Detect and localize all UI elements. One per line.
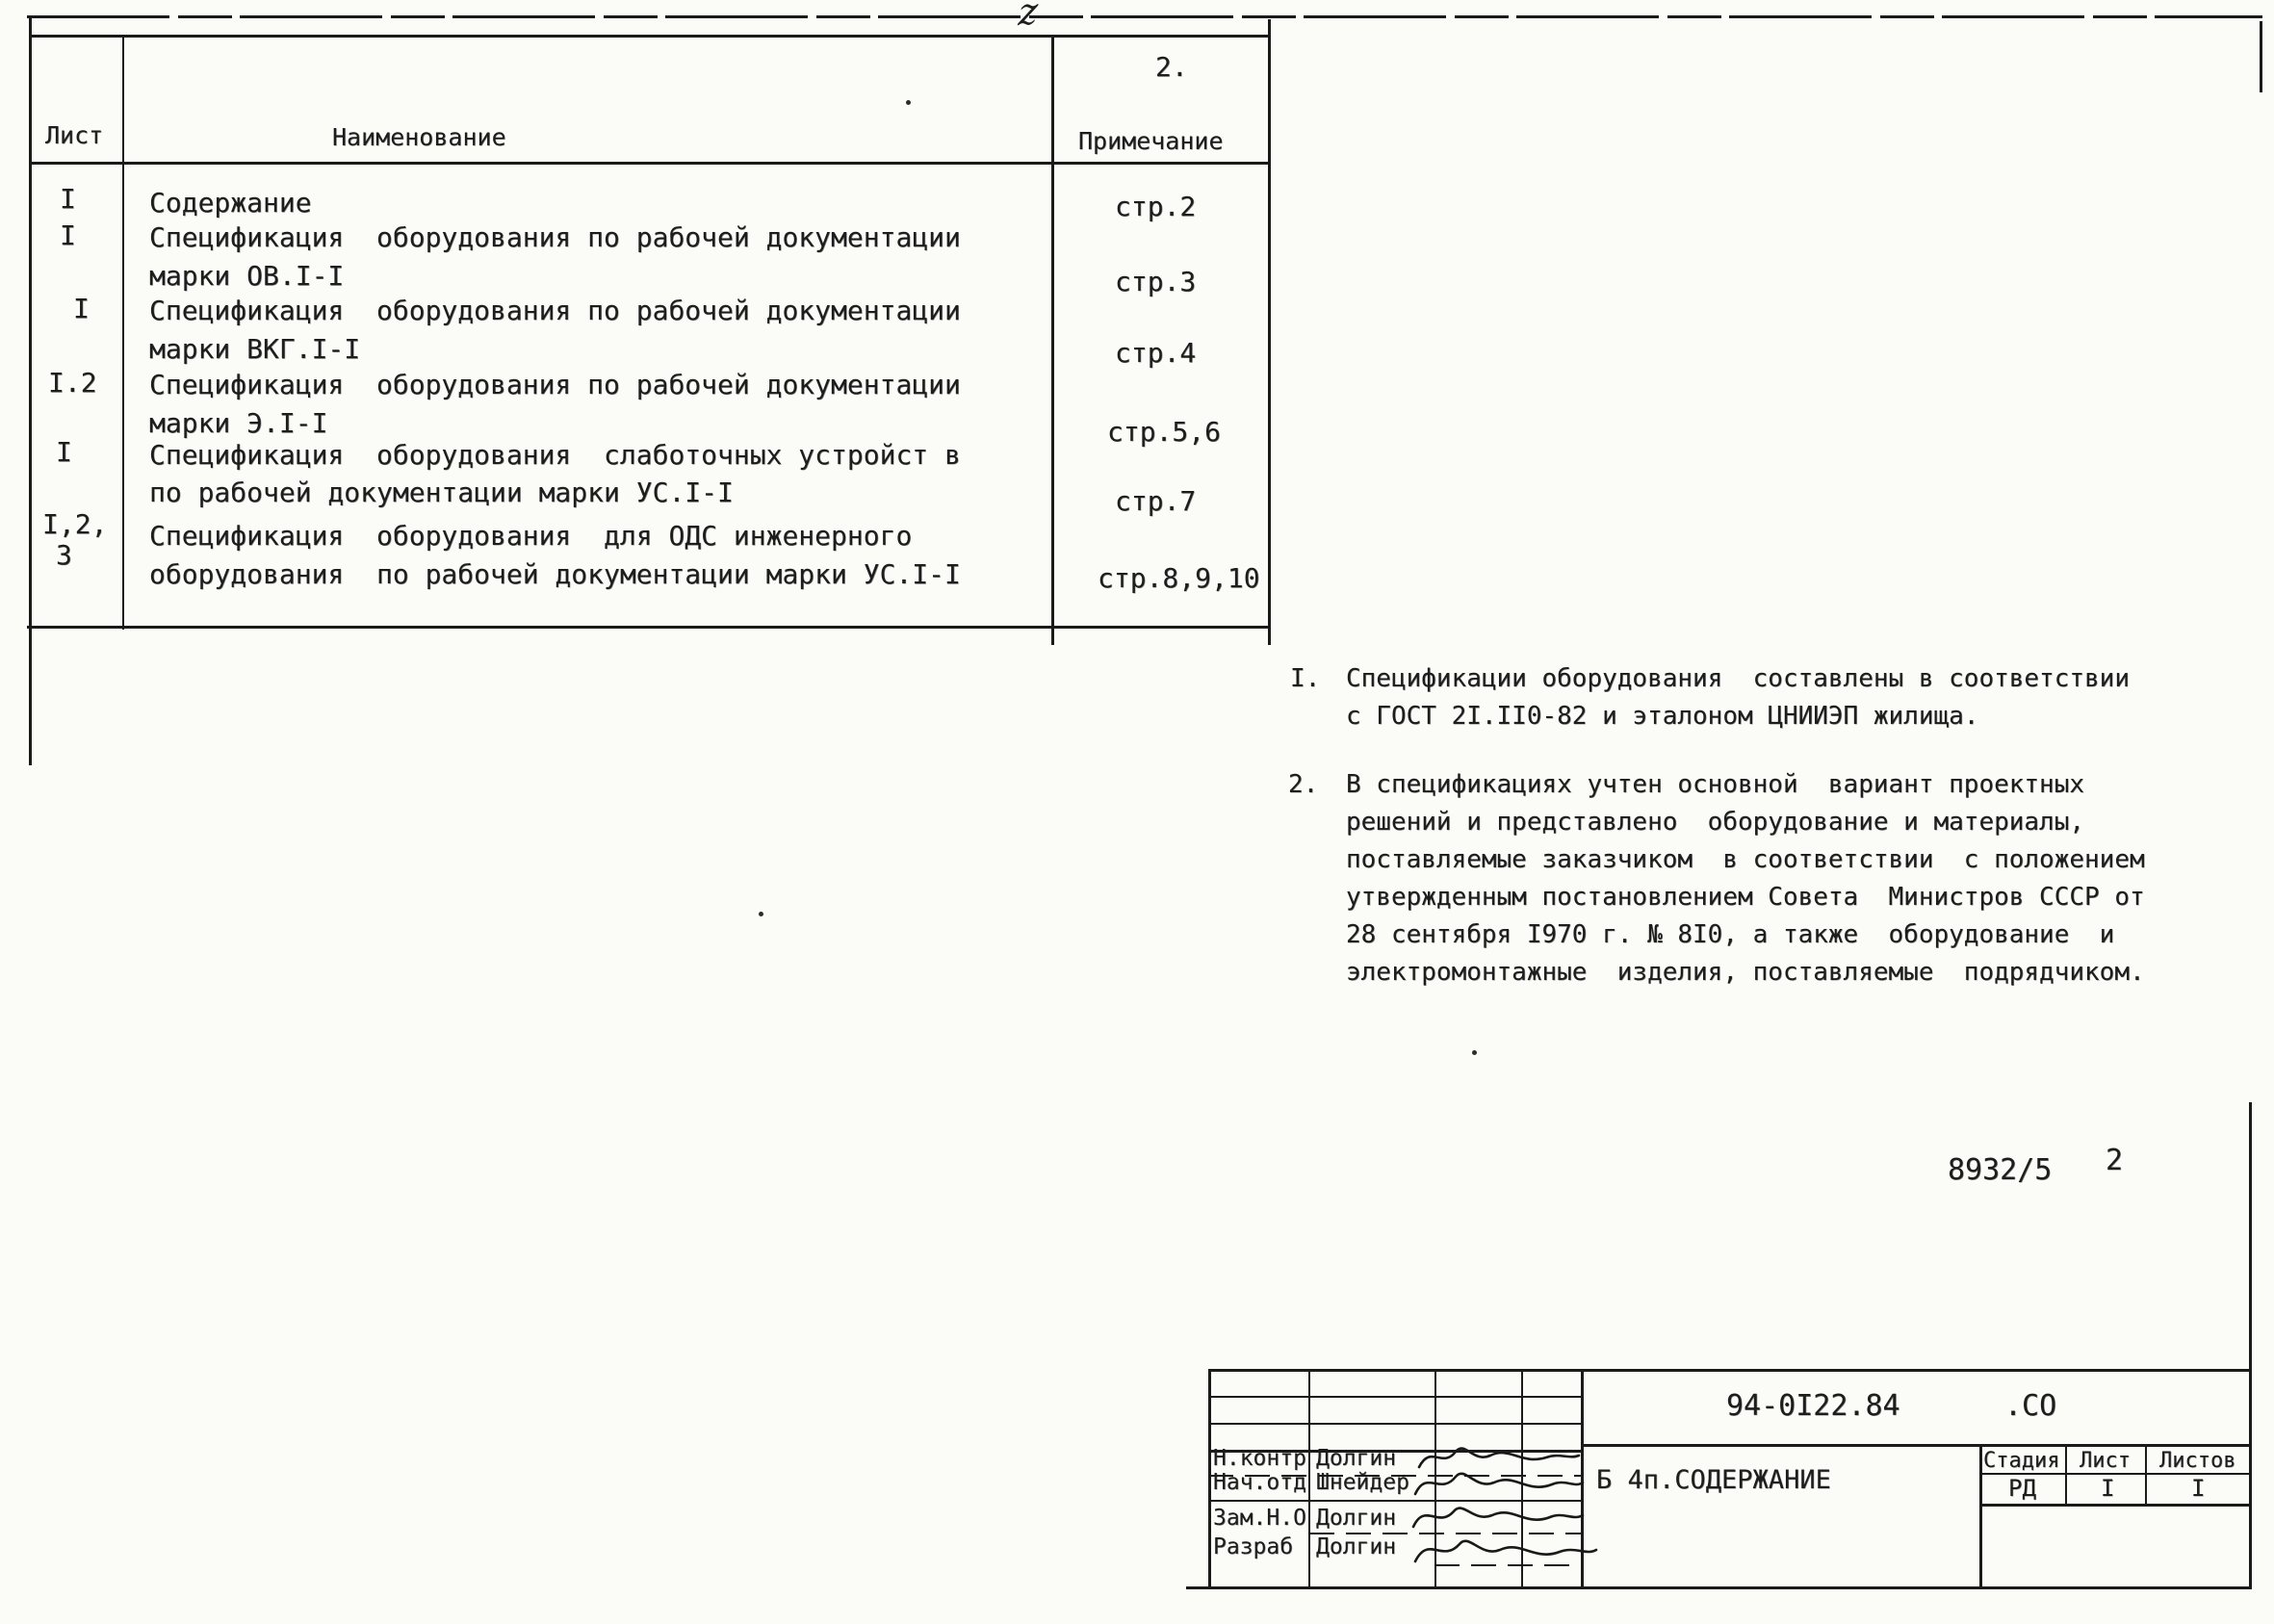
toc-row-sheet: I.2 <box>48 369 97 397</box>
page-right-border-bottom <box>2249 1102 2252 1588</box>
sheet-number-top: 2. <box>1155 53 1188 81</box>
stamp-border-left <box>1208 1369 1211 1589</box>
toc-row-name: Спецификация оборудования по рабочей док… <box>149 296 961 324</box>
toc-row-sheet: 3 <box>56 541 72 569</box>
signature-icon <box>1408 1525 1600 1575</box>
stamp-name: Шнейдер <box>1316 1471 1409 1494</box>
toc-row-sheet: I,2, <box>42 510 107 538</box>
scanned-document-page: z 2. Лист Наименование Примечание I Соде… <box>0 0 2274 1624</box>
handwritten-mark: z <box>1017 0 1039 34</box>
note-line: электромонтажные изделия, поставляемые п… <box>1346 960 2145 986</box>
toc-row-note: стр.8,9,10 <box>1098 564 1260 592</box>
toc-border-top <box>29 35 1271 38</box>
note-line: Спецификации оборудования составлены в с… <box>1346 666 2130 692</box>
toc-row-sheet: I <box>56 438 72 466</box>
stamp-role: Разраб <box>1213 1535 1293 1559</box>
scan-speck <box>906 100 911 105</box>
note-line: поставляемые заказчиком в соответствии с… <box>1346 847 2145 873</box>
toc-header-note: Примечание <box>1078 129 1224 154</box>
page-left-border <box>29 15 32 765</box>
toc-row-name: Спецификация оборудования по рабочей док… <box>149 223 961 251</box>
stamp-sheet-value: I <box>2101 1477 2114 1501</box>
toc-row-name: оборудования по рабочей документации мар… <box>149 560 961 588</box>
stamp-stage-value: РД <box>2008 1477 2036 1501</box>
stamp-role: Зам.Н.О <box>1213 1507 1306 1530</box>
page-number-bottom: 2 <box>2106 1146 2123 1176</box>
note-number: I. <box>1290 666 1320 692</box>
toc-row-name: марки Э.I-I <box>149 409 327 437</box>
stamp-stage-line <box>1979 1504 2250 1507</box>
stamp-row-line <box>1208 1423 1581 1425</box>
toc-border-right <box>1268 19 1271 645</box>
stamp-role: Нач.отд <box>1213 1471 1306 1494</box>
page-right-border-top <box>2260 21 2262 92</box>
toc-row-note: стр.5,6 <box>1107 418 1221 446</box>
stamp-border-bottom <box>1186 1586 2252 1589</box>
stamp-name: Долгин <box>1316 1507 1396 1530</box>
toc-border-bottom <box>27 626 1271 629</box>
toc-row-name: Спецификация оборудования слаботочных ус… <box>149 441 961 469</box>
page-top-border <box>27 15 2262 18</box>
toc-col-divider-note <box>1051 35 1054 645</box>
note-line: с ГОСТ 2I.II0-82 и эталоном ЦНИИЭП жилищ… <box>1346 704 1978 730</box>
stamp-row-line <box>1208 1396 1581 1398</box>
toc-row-name: Спецификация оборудования по рабочей док… <box>149 371 961 399</box>
toc-row-sheet: I <box>60 185 76 213</box>
scan-speck <box>1472 1050 1477 1055</box>
note-number: 2. <box>1288 772 1318 798</box>
stamp-stage-header: Стадия <box>1983 1450 2059 1472</box>
toc-row-note: стр.7 <box>1115 487 1196 515</box>
stamp-sheets-header: Листов <box>2159 1450 2235 1472</box>
scan-speck <box>759 912 763 916</box>
toc-header-divider <box>29 162 1271 165</box>
toc-header-name: Наименование <box>332 125 506 150</box>
stamp-col-divider <box>1308 1369 1310 1586</box>
stamp-stage-divider <box>1979 1444 1982 1586</box>
stamp-sheet-header: Лист <box>2080 1450 2131 1472</box>
note-line: В спецификациях учтен основной вариант п… <box>1346 772 2084 798</box>
stamp-border-top <box>1208 1369 2252 1372</box>
stamp-sheets-value: I <box>2191 1477 2205 1501</box>
stamp-doc-divider <box>1581 1444 2252 1447</box>
toc-row-sheet: I <box>73 295 90 322</box>
toc-row-note: стр.2 <box>1115 193 1196 220</box>
stamp-name: Долгин <box>1316 1535 1396 1559</box>
note-line: решений и представлено оборудование и ма… <box>1346 810 2084 836</box>
toc-row-note: стр.4 <box>1115 339 1196 367</box>
stamp-doc-suffix: .СО <box>2004 1391 2056 1422</box>
toc-header-sheet: Лист <box>45 123 103 148</box>
toc-row-name: марки ОВ.I-I <box>149 262 344 290</box>
toc-row-name: марки ВКГ.I-I <box>149 335 360 363</box>
stamp-doc-number: 94-0I22.84 <box>1726 1391 1900 1422</box>
toc-row-sheet: I <box>60 221 76 249</box>
toc-row-note: стр.3 <box>1115 268 1196 296</box>
toc-row-name: Спецификация оборудования для ОДС инжене… <box>149 522 912 550</box>
toc-row-name: Содержание <box>149 189 312 217</box>
note-line: 28 сентября I970 г. № 8I0, а также обору… <box>1346 922 2114 948</box>
toc-col-divider-sheet <box>122 35 124 630</box>
toc-row-name: по рабочей документации марки УС.I-I <box>149 478 734 506</box>
stamp-doc-title: Б 4п.СОДЕРЖАНИЕ <box>1596 1467 1831 1494</box>
stamp-name: Долгин <box>1316 1447 1396 1470</box>
note-line: утвержденным постановлением Совета Минис… <box>1346 885 2145 911</box>
stamp-role: Н.контр <box>1213 1447 1306 1470</box>
ref-number: 8932/5 <box>1948 1155 2052 1186</box>
